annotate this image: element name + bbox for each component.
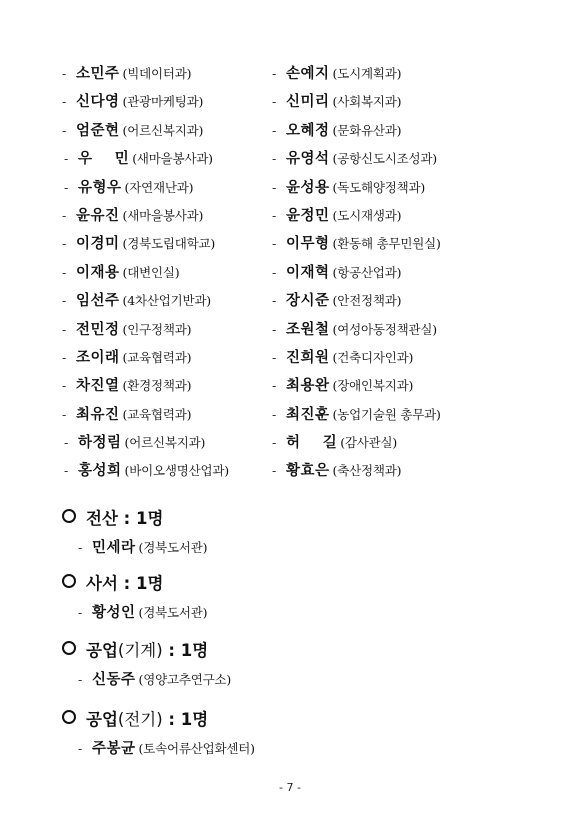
dash-bullet: - bbox=[272, 121, 286, 141]
department: (여성아동정책관실) bbox=[333, 322, 437, 337]
person-name: 우 민 bbox=[78, 151, 129, 167]
list-row: -신다영(관광마케팅과) -신미리(사회복지과) bbox=[0, 92, 580, 120]
list-item: -유영석(공항신도시조성과) bbox=[272, 149, 437, 169]
dash-bullet: - bbox=[272, 149, 286, 169]
list-row: -차진열(환경정책과) -최용완(장애인복지과) bbox=[0, 376, 580, 404]
list-item: -전민정(인구정책과) bbox=[62, 320, 191, 340]
section-title: 전산 bbox=[86, 509, 118, 528]
list-item: -이재용(대변인실) bbox=[62, 263, 179, 283]
person-name: 민세라 bbox=[92, 540, 136, 556]
department: (교육협력과) bbox=[123, 350, 192, 365]
dash-bullet: - bbox=[272, 405, 286, 425]
person-name: 진희원 bbox=[286, 350, 330, 366]
person-name: 하정림 bbox=[78, 435, 122, 451]
dash-bullet: - bbox=[62, 376, 76, 396]
list-item: -하정림(어르신복지과) bbox=[64, 433, 205, 453]
dash-bullet: - bbox=[78, 742, 92, 756]
person-name: 엄준현 bbox=[76, 123, 120, 139]
list-item: -신동주(영양고추연구소) bbox=[78, 668, 231, 689]
person-name: 최진훈 bbox=[286, 407, 330, 423]
list-item: -황성인(경북도서관) bbox=[78, 601, 207, 622]
circle-bullet-icon bbox=[62, 641, 76, 655]
person-name: 전민정 bbox=[76, 322, 120, 338]
section-subtitle: (기계) bbox=[118, 641, 163, 660]
department: (독도해양정책과) bbox=[333, 180, 425, 195]
person-name: 장시준 bbox=[286, 293, 330, 309]
list-item: -차진열(환경정책과) bbox=[62, 376, 191, 396]
department: (문화유산과) bbox=[333, 123, 402, 138]
list-row: -이재용(대변인실) -이재혁(항공산업과) bbox=[0, 263, 580, 291]
list-item: -최진훈(농업기술원 총무과) bbox=[272, 405, 441, 425]
person-name: 차진열 bbox=[76, 378, 120, 394]
section-subtitle: (전기) bbox=[118, 710, 163, 729]
section-count: : 1명 bbox=[118, 574, 164, 593]
department: (경북도립대학교) bbox=[123, 236, 215, 251]
department: (경북도서관) bbox=[139, 540, 208, 555]
list-item: -이재혁(항공산업과) bbox=[272, 263, 401, 283]
list-item: -황효은(축산정책과) bbox=[272, 461, 401, 481]
list-item: -장시준(안전정책과) bbox=[272, 291, 401, 311]
department: (감사관실) bbox=[340, 435, 397, 450]
list-row: -전민정(인구정책과) -조원철(여성아동정책관실) bbox=[0, 320, 580, 348]
list-item: -주봉균(토속어류산업화센터) bbox=[78, 737, 255, 758]
dash-bullet: - bbox=[62, 234, 76, 254]
dash-bullet: - bbox=[272, 320, 286, 340]
dash-bullet: - bbox=[78, 541, 92, 555]
list-row: -엄준현(어르신복지과) -오혜정(문화유산과) bbox=[0, 121, 580, 149]
personnel-list: -소민주(빅데이터과) -손예지(도시계획과) -신다영(관광마케팅과) -신미… bbox=[0, 64, 580, 490]
dash-bullet: - bbox=[272, 263, 286, 283]
dash-bullet: - bbox=[272, 461, 286, 481]
department: (토속어류산업화센터) bbox=[139, 741, 255, 756]
dash-bullet: - bbox=[64, 461, 78, 481]
dash-bullet: - bbox=[62, 64, 76, 84]
person-name: 이경미 bbox=[76, 236, 120, 252]
list-row: -이경미(경북도립대학교) -이무형(환동해 총무민원실) bbox=[0, 234, 580, 262]
dash-bullet: - bbox=[64, 149, 78, 169]
person-name: 최용완 bbox=[286, 378, 330, 394]
section-heading-mechanical: 공업(기계) : 1명 bbox=[62, 637, 208, 661]
list-item: -엄준현(어르신복지과) bbox=[62, 121, 203, 141]
list-item: -최유진(교육협력과) bbox=[62, 405, 191, 425]
person-name: 신동주 bbox=[92, 672, 136, 688]
list-item: -윤성용(독도해양정책과) bbox=[272, 178, 425, 198]
list-item: -민세라(경북도서관) bbox=[78, 536, 207, 557]
list-item: -진희원(건축디자인과) bbox=[272, 348, 413, 368]
dash-bullet: - bbox=[272, 206, 286, 226]
person-name: 윤유진 bbox=[76, 208, 120, 224]
list-row: -임선주(4차산업기반과) -장시준(안전정책과) bbox=[0, 291, 580, 319]
dash-bullet: - bbox=[272, 291, 286, 311]
department: (건축디자인과) bbox=[333, 350, 414, 365]
person-name: 신다영 bbox=[76, 94, 120, 110]
dash-bullet: - bbox=[62, 291, 76, 311]
dash-bullet: - bbox=[62, 320, 76, 340]
person-name: 소민주 bbox=[76, 66, 120, 82]
dash-bullet: - bbox=[272, 178, 286, 198]
section-heading-computing: 전산 : 1명 bbox=[62, 505, 163, 529]
department: (공항신도시조성과) bbox=[333, 151, 437, 166]
section-title: 사서 bbox=[86, 574, 118, 593]
department: (빅데이터과) bbox=[123, 66, 192, 81]
person-name: 황성인 bbox=[92, 605, 136, 621]
list-item: -이무형(환동해 총무민원실) bbox=[272, 234, 441, 254]
department: (항공산업과) bbox=[333, 265, 402, 280]
department: (도시계획과) bbox=[333, 66, 402, 81]
person-name: 조이래 bbox=[76, 350, 120, 366]
person-name: 허 길 bbox=[286, 435, 337, 451]
person-name: 유형우 bbox=[78, 180, 122, 196]
list-row: -소민주(빅데이터과) -손예지(도시계획과) bbox=[0, 64, 580, 92]
dash-bullet: - bbox=[272, 348, 286, 368]
person-name: 주봉균 bbox=[92, 741, 136, 757]
dash-bullet: - bbox=[78, 673, 92, 687]
department: (축산정책과) bbox=[333, 463, 402, 478]
list-row: -유형우(자연재난과) -윤성용(독도해양정책과) bbox=[0, 178, 580, 206]
department: (4차산업기반과) bbox=[123, 293, 211, 308]
dash-bullet: - bbox=[62, 121, 76, 141]
dash-bullet: - bbox=[62, 92, 76, 112]
dash-bullet: - bbox=[64, 433, 78, 453]
section-count: : 1명 bbox=[163, 710, 209, 729]
person-name: 유영석 bbox=[286, 151, 330, 167]
person-name: 오혜정 bbox=[286, 123, 330, 139]
department: (관광마케팅과) bbox=[123, 94, 204, 109]
department: (새마을봉사과) bbox=[123, 208, 204, 223]
dash-bullet: - bbox=[272, 433, 286, 453]
list-item: -허 길(감사관실) bbox=[272, 433, 397, 453]
section-heading-librarian: 사서 : 1명 bbox=[62, 570, 163, 594]
department: (사회복지과) bbox=[333, 94, 402, 109]
department: (인구정책과) bbox=[123, 322, 192, 337]
list-row: -우 민(새마을봉사과) -유영석(공항신도시조성과) bbox=[0, 149, 580, 177]
list-item: -손예지(도시계획과) bbox=[272, 64, 401, 84]
page-number: - 7 - bbox=[0, 781, 580, 794]
dash-bullet: - bbox=[78, 606, 92, 620]
list-row: -조이래(교육협력과) -진희원(건축디자인과) bbox=[0, 348, 580, 376]
list-item: -최용완(장애인복지과) bbox=[272, 376, 413, 396]
list-item: -이경미(경북도립대학교) bbox=[62, 234, 215, 254]
person-name: 최유진 bbox=[76, 407, 120, 423]
department: (어르신복지과) bbox=[125, 435, 206, 450]
section-title: 공업 bbox=[86, 710, 118, 729]
dash-bullet: - bbox=[62, 405, 76, 425]
person-name: 임선주 bbox=[76, 293, 120, 309]
list-row: -최유진(교육협력과) -최진훈(농업기술원 총무과) bbox=[0, 405, 580, 433]
circle-bullet-icon bbox=[62, 509, 76, 523]
document-page: -소민주(빅데이터과) -손예지(도시계획과) -신다영(관광마케팅과) -신미… bbox=[0, 0, 580, 820]
department: (어르신복지과) bbox=[123, 123, 204, 138]
person-name: 윤정민 bbox=[286, 208, 330, 224]
dash-bullet: - bbox=[62, 348, 76, 368]
department: (새마을봉사과) bbox=[132, 151, 213, 166]
person-name: 손예지 bbox=[286, 66, 330, 82]
department: (대변인실) bbox=[123, 265, 180, 280]
circle-bullet-icon bbox=[62, 710, 76, 724]
person-name: 홍성희 bbox=[78, 463, 122, 479]
list-item: -조원철(여성아동정책관실) bbox=[272, 320, 437, 340]
list-item: -조이래(교육협력과) bbox=[62, 348, 191, 368]
person-name: 황효은 bbox=[286, 463, 330, 479]
list-item: -임선주(4차산업기반과) bbox=[62, 291, 211, 311]
person-name: 이무형 bbox=[286, 236, 330, 252]
department: (농업기술원 총무과) bbox=[333, 407, 441, 422]
department: (자연재난과) bbox=[125, 180, 194, 195]
dash-bullet: - bbox=[272, 376, 286, 396]
list-item: -신미리(사회복지과) bbox=[272, 92, 401, 112]
circle-bullet-icon bbox=[62, 574, 76, 588]
section-count: : 1명 bbox=[118, 509, 164, 528]
department: (안전정책과) bbox=[333, 293, 402, 308]
list-item: -신다영(관광마케팅과) bbox=[62, 92, 203, 112]
list-item: -윤정민(도시재생과) bbox=[272, 206, 401, 226]
list-item: -우 민(새마을봉사과) bbox=[64, 149, 213, 169]
department: (경북도서관) bbox=[139, 605, 208, 620]
person-name: 이재용 bbox=[76, 265, 120, 281]
department: (장애인복지과) bbox=[333, 378, 414, 393]
department: (환경정책과) bbox=[123, 378, 192, 393]
dash-bullet: - bbox=[62, 206, 76, 226]
person-name: 이재혁 bbox=[286, 265, 330, 281]
department: (교육협력과) bbox=[123, 407, 192, 422]
list-item: -윤유진(새마을봉사과) bbox=[62, 206, 203, 226]
person-name: 조원철 bbox=[286, 322, 330, 338]
section-count: : 1명 bbox=[163, 641, 209, 660]
list-item: -오혜정(문화유산과) bbox=[272, 121, 401, 141]
person-name: 윤성용 bbox=[286, 180, 330, 196]
department: (도시재생과) bbox=[333, 208, 402, 223]
list-row: -윤유진(새마을봉사과) -윤정민(도시재생과) bbox=[0, 206, 580, 234]
section-title: 공업 bbox=[86, 641, 118, 660]
list-row: -하정림(어르신복지과) -허 길(감사관실) bbox=[0, 433, 580, 461]
person-name: 신미리 bbox=[286, 94, 330, 110]
dash-bullet: - bbox=[272, 64, 286, 84]
department: (바이오생명산업과) bbox=[125, 463, 229, 478]
section-heading-electrical: 공업(전기) : 1명 bbox=[62, 706, 208, 730]
list-item: -유형우(자연재난과) bbox=[64, 178, 193, 198]
department: (영양고추연구소) bbox=[139, 672, 231, 687]
dash-bullet: - bbox=[62, 263, 76, 283]
dash-bullet: - bbox=[272, 234, 286, 254]
list-item: -홍성희(바이오생명산업과) bbox=[64, 461, 229, 481]
department: (환동해 총무민원실) bbox=[333, 236, 441, 251]
dash-bullet: - bbox=[64, 178, 78, 198]
list-row: -홍성희(바이오생명산업과) -황효은(축산정책과) bbox=[0, 461, 580, 489]
list-item: -소민주(빅데이터과) bbox=[62, 64, 191, 84]
dash-bullet: - bbox=[272, 92, 286, 112]
